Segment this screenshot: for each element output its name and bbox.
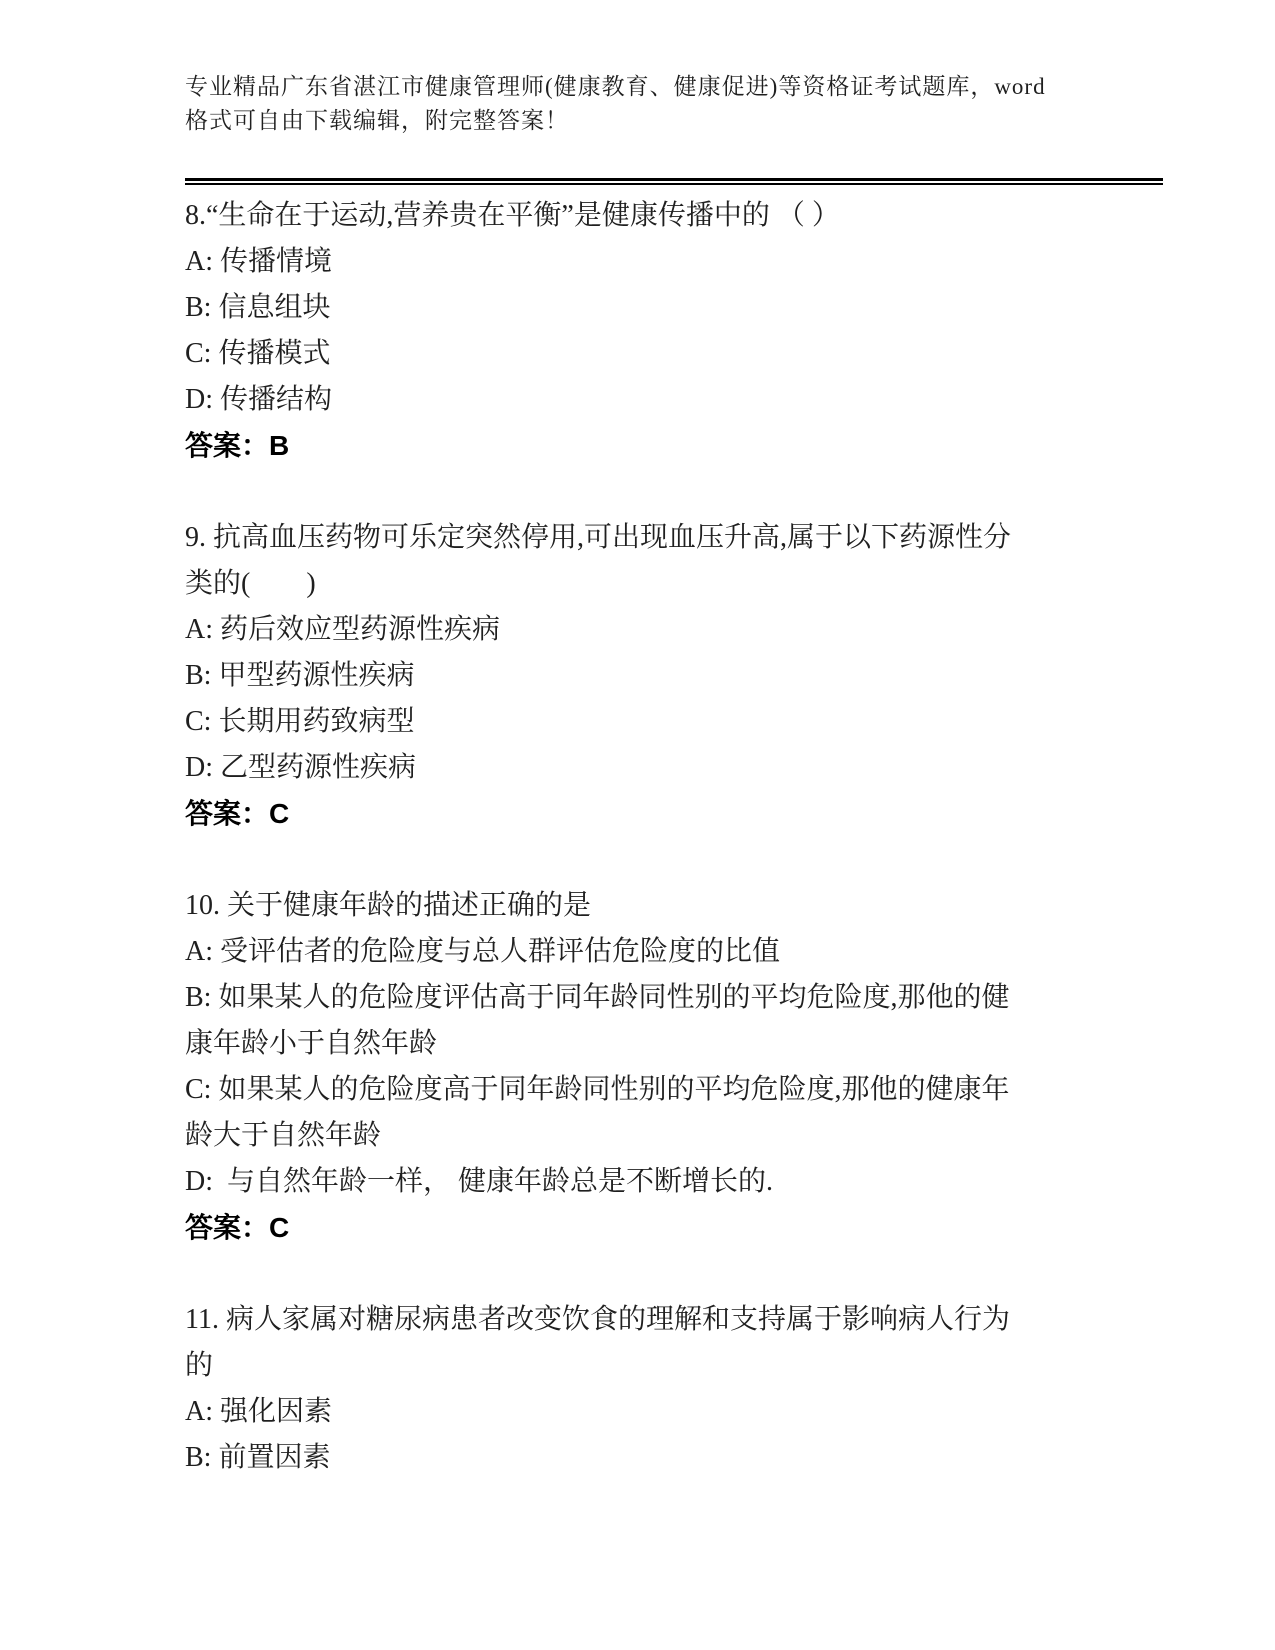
header-rule — [185, 178, 1163, 185]
header-line-2: 格式可自由下载编辑，附完整答案！ — [185, 104, 1115, 138]
answer-value: C — [269, 798, 289, 829]
question-option: A: 强化因素 — [185, 1389, 1035, 1435]
question-option: C: 长期用药致病型 — [185, 699, 1035, 745]
question-8: 8.“生命在于运动,营养贵在平衡”是健康传播中的 （ ） A: 传播情境 B: … — [185, 193, 1035, 469]
question-option: D: 传播结构 — [185, 377, 1035, 423]
question-10: 10. 关于健康年龄的描述正确的是 A: 受评估者的危险度与总人群评估危险度的比… — [185, 883, 1035, 1251]
document-page: 专业精品广东省湛江市健康管理师(健康教育、健康促进)等资格证考试题库，word … — [0, 0, 1275, 1650]
question-11: 11. 病人家属对糖尿病患者改变饮食的理解和支持属于影响病人行为的 A: 强化因… — [185, 1297, 1035, 1481]
answer-line: 答案：C — [185, 791, 1035, 837]
question-option: C: 传播模式 — [185, 331, 1035, 377]
question-option: B: 信息组块 — [185, 285, 1035, 331]
answer-label: 答案： — [185, 798, 269, 829]
question-stem: 8.“生命在于运动,营养贵在平衡”是健康传播中的 （ ） — [185, 193, 1035, 239]
answer-line: 答案：C — [185, 1205, 1035, 1251]
answer-label: 答案： — [185, 430, 269, 461]
question-stem: 9. 抗高血压药物可乐定突然停用,可出现血压升高,属于以下药源性分类的( ) — [185, 515, 1035, 607]
answer-value: C — [269, 1212, 289, 1243]
question-option: D: 与自然年龄一样， 健康年龄总是不断增长的. — [185, 1159, 1035, 1205]
question-option: C: 如果某人的危险度高于同年龄同性别的平均危险度,那他的健康年龄大于自然年龄 — [185, 1067, 1035, 1159]
question-option: A: 药后效应型药源性疾病 — [185, 607, 1035, 653]
header-line-1: 专业精品广东省湛江市健康管理师(健康教育、健康促进)等资格证考试题库，word — [185, 70, 1115, 104]
answer-label: 答案： — [185, 1212, 269, 1243]
question-stem: 11. 病人家属对糖尿病患者改变饮食的理解和支持属于影响病人行为的 — [185, 1297, 1035, 1389]
document-body: 8.“生命在于运动,营养贵在平衡”是健康传播中的 （ ） A: 传播情境 B: … — [185, 193, 1035, 1481]
page-header: 专业精品广东省湛江市健康管理师(健康教育、健康促进)等资格证考试题库，word … — [0, 0, 1115, 138]
question-option: A: 受评估者的危险度与总人群评估危险度的比值 — [185, 929, 1035, 975]
question-option: B: 甲型药源性疾病 — [185, 653, 1035, 699]
question-option: A: 传播情境 — [185, 239, 1035, 285]
question-option: B: 如果某人的危险度评估高于同年龄同性别的平均危险度,那他的健康年龄小于自然年… — [185, 975, 1035, 1067]
question-stem: 10. 关于健康年龄的描述正确的是 — [185, 883, 1035, 929]
question-9: 9. 抗高血压药物可乐定突然停用,可出现血压升高,属于以下药源性分类的( ) A… — [185, 515, 1035, 837]
question-option: D: 乙型药源性疾病 — [185, 745, 1035, 791]
question-option: B: 前置因素 — [185, 1435, 1035, 1481]
answer-value: B — [269, 430, 289, 461]
answer-line: 答案：B — [185, 423, 1035, 469]
